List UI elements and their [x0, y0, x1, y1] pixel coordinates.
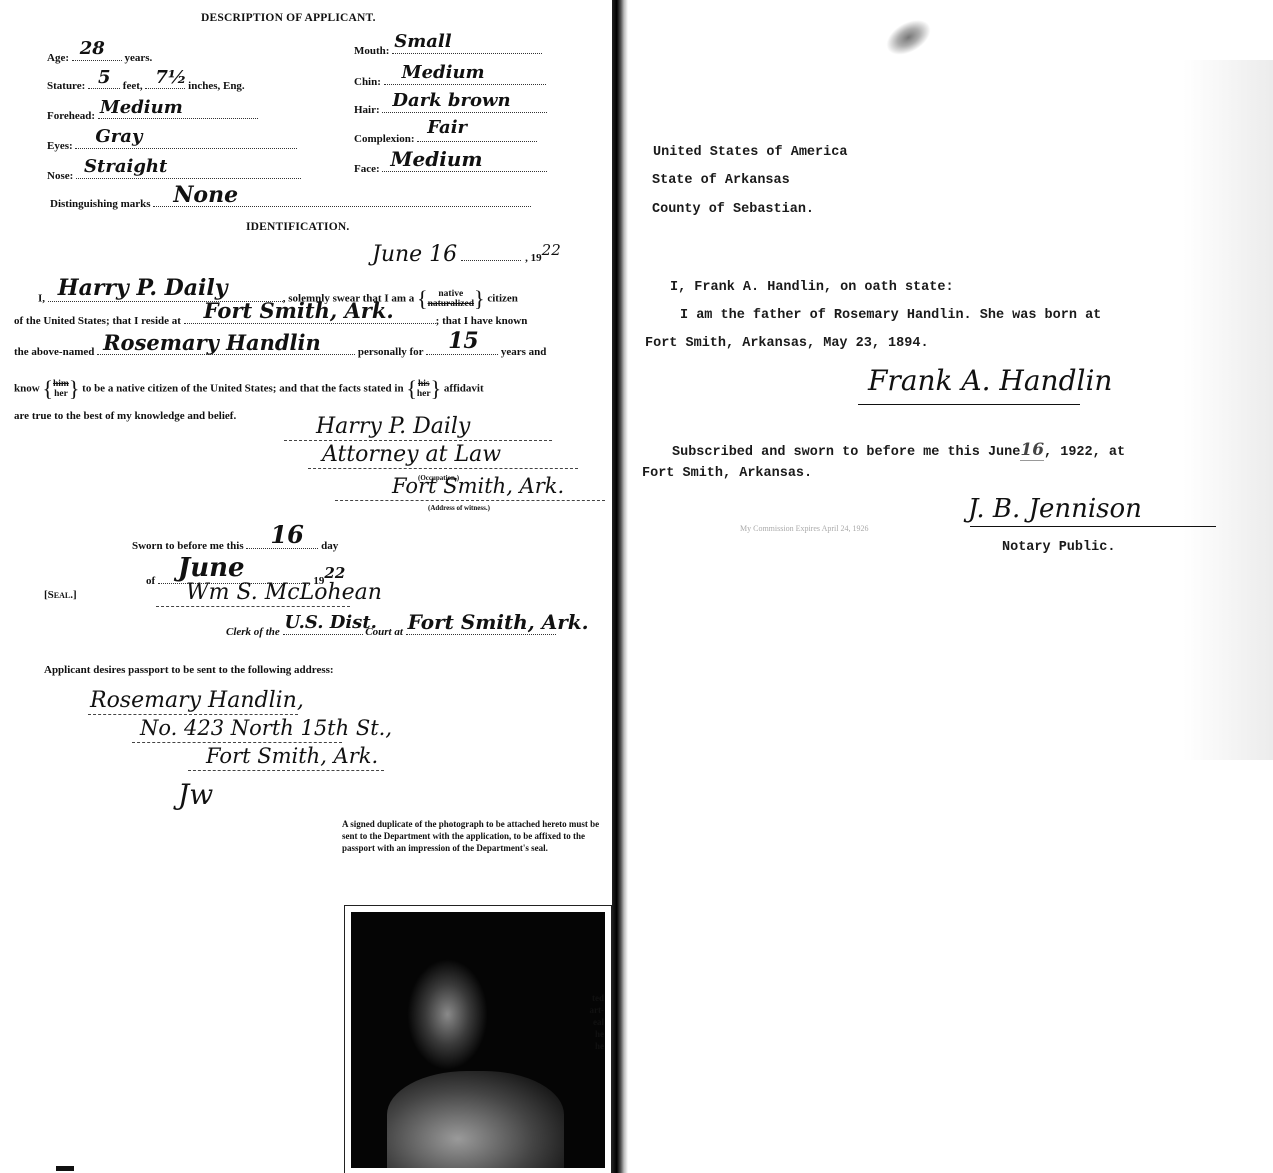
nose-label: Nose: — [47, 170, 73, 182]
age-field: Age: 28 years. — [47, 52, 152, 64]
photo-overflow-text: ted art- eal he he — [584, 992, 604, 1052]
face-value: Medium — [390, 147, 482, 171]
page-clip-mark — [56, 1166, 74, 1171]
witness-signature: Harry P. Daily — [316, 414, 470, 439]
passport-application-page: DESCRIPTION OF APPLICANT. Age: 28 years.… — [0, 0, 612, 1173]
pronoun-choice-2: hisher — [417, 379, 431, 399]
stature-inches-value: 7½ — [155, 67, 186, 88]
book-gutter — [612, 0, 628, 1173]
stature-field: Stature: 5 feet, 7½ inches, Eng. — [47, 80, 245, 92]
complexion-field: Complexion: Fair — [354, 133, 537, 145]
years-known: 15 — [448, 328, 479, 354]
chin-field: Chin: Medium — [354, 76, 546, 88]
mailing-address-line-2: No. 423 North 15th St., — [140, 716, 392, 740]
stature-feet-value: 5 — [98, 67, 111, 88]
oath-intro: I, Frank A. Handlin, on oath state: — [670, 280, 954, 295]
nose-value: Straight — [84, 156, 167, 177]
pronoun-choice-1: himher — [53, 379, 69, 399]
forehead-field: Forehead: Medium — [47, 110, 258, 122]
witness-occupation: Attorney at Law — [322, 442, 501, 467]
hair-value: Dark brown — [392, 90, 510, 111]
distinguishing-marks-field: Distinguishing marks None — [50, 198, 531, 210]
nose-field: Nose: Straight — [47, 170, 301, 182]
mailing-address-line-3: Fort Smith, Ark. — [206, 744, 378, 768]
age-value: 28 — [80, 38, 105, 59]
eyes-label: Eyes: — [47, 140, 73, 152]
court-location: Fort Smith, Ark. — [408, 610, 589, 634]
complexion-value: Fair — [427, 117, 467, 138]
citizenship-choice: nativenaturalized — [428, 289, 474, 309]
marks-label: Distinguishing marks — [50, 198, 151, 210]
clerk-signature: Wm S. McLohean — [186, 580, 382, 605]
face-label: Face: — [354, 163, 380, 175]
venue-country: United States of America — [653, 145, 847, 160]
jurat-day: 16 — [1020, 440, 1044, 461]
witness-name: Harry P. Daily — [58, 275, 228, 301]
age-suffix: years. — [125, 52, 153, 64]
description-heading: DESCRIPTION OF APPLICANT. — [201, 12, 376, 24]
venue-county: County of Sebastian. — [652, 202, 814, 217]
hair-label: Hair: — [354, 104, 380, 116]
address-caption: (Address of witness.) — [428, 504, 490, 512]
forehead-label: Forehead: — [47, 110, 95, 122]
complexion-label: Complexion: — [354, 133, 415, 145]
chin-value: Medium — [402, 62, 485, 83]
belief-line: are true to the best of my knowledge and… — [14, 410, 236, 422]
photograph-notice: A signed duplicate of the photograph to … — [342, 818, 600, 854]
forehead-value: Medium — [100, 97, 183, 118]
witness-residence: Fort Smith, Ark. — [204, 298, 394, 323]
face-field: Face: Medium — [354, 163, 547, 175]
applicant-portrait — [351, 912, 605, 1168]
jurat-line-1: Subscribed and sworn to before me this J… — [672, 440, 1125, 460]
applicant-photograph — [344, 905, 612, 1173]
hair-field: Hair: Dark brown — [354, 104, 547, 116]
applicant-name: Rosemary Handlin — [103, 330, 321, 355]
inches-label: inches, Eng. — [188, 80, 245, 92]
identification-heading: IDENTIFICATION. — [246, 221, 349, 233]
notary-signature: J. B. Jennison — [968, 494, 1142, 524]
residence-line: of the United States; that I reside at F… — [14, 315, 527, 327]
know-line: know {himher} to be a native citizen of … — [14, 376, 484, 402]
sworn-line: Sworn to before me this 16 day — [132, 540, 338, 552]
mouth-field: Mouth: Small — [354, 45, 542, 57]
venue-state: State of Arkansas — [652, 173, 790, 188]
affiant-signature: Frank A. Handlin — [868, 364, 1112, 397]
seal-label: [Seal.] — [44, 589, 77, 601]
known-applicant-line: the above-named Rosemary Handlin persona… — [14, 346, 546, 358]
statement-line-2: Fort Smith, Arkansas, May 23, 1894. — [645, 336, 929, 351]
age-label: Age: — [47, 52, 69, 64]
eyes-value: Gray — [95, 126, 142, 147]
commission-stamp: My Commission Expires April 24, 1926 — [740, 524, 868, 533]
feet-label: feet, — [123, 80, 143, 92]
sworn-month: June — [178, 553, 245, 583]
jurat-line-2: Fort Smith, Arkansas. — [642, 466, 812, 481]
sworn-day: 16 — [270, 520, 303, 549]
stature-label: Stature: — [47, 80, 85, 92]
notary-title: Notary Public. — [1002, 540, 1115, 555]
mouth-value: Small — [394, 31, 451, 52]
identification-date: June 16 , 1922 — [372, 242, 561, 267]
eyes-field: Eyes: Gray — [47, 140, 297, 152]
mailing-address-line-1: Rosemary Handlin, — [90, 688, 304, 713]
statement-line-1: I am the father of Rosemary Handlin. She… — [680, 308, 1101, 323]
court-name: U.S. Dist. — [285, 612, 377, 633]
witness-address: Fort Smith, Ark. — [392, 474, 564, 498]
clerk-court-line: Clerk of the U.S. Dist. Court at Fort Sm… — [226, 626, 556, 638]
clerk-initials: Jw — [178, 778, 213, 811]
mouth-label: Mouth: — [354, 45, 389, 57]
identification-month-day: June 16 — [372, 242, 457, 267]
chin-label: Chin: — [354, 76, 381, 88]
marks-value: None — [173, 182, 238, 208]
identification-year: 22 — [542, 241, 561, 259]
mailing-address-label: Applicant desires passport to be sent to… — [44, 664, 334, 676]
